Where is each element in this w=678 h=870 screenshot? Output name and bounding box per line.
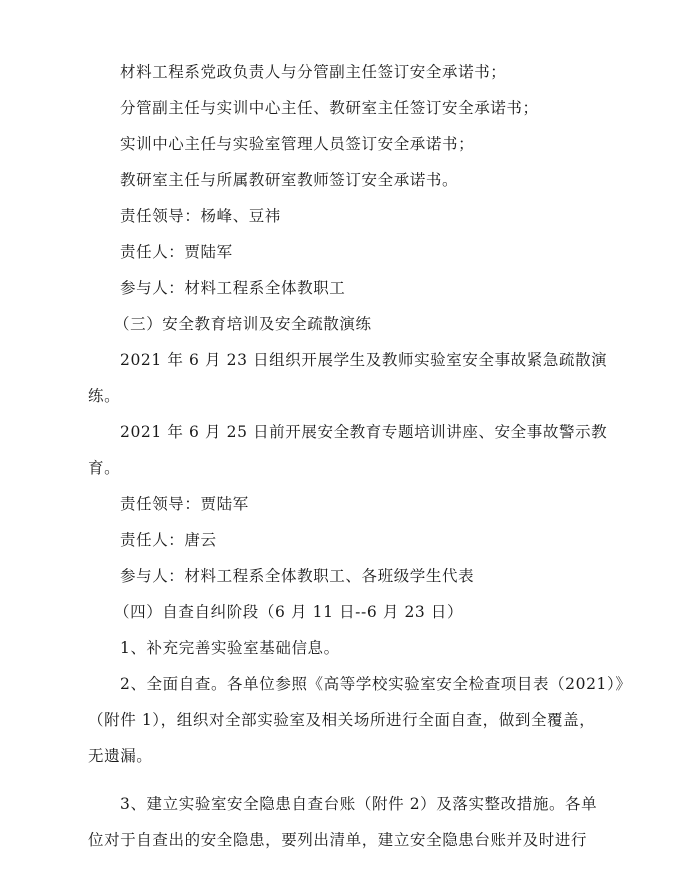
section-heading-3: （三）安全教育培训及安全疏散演练 (114, 314, 372, 334)
paragraph-line: 分管副主任与实训中心主任、教研室主任签订安全承诺书； (120, 98, 539, 118)
responsible-leader-line: 责任领导：贾陆军 (120, 494, 249, 514)
paragraph-line: 2021 年 6 月 25 日前开展安全教育专题培训讲座、安全事故警示教 (120, 422, 607, 442)
responsible-person-line: 责任人：唐云 (120, 530, 217, 550)
paragraph-line: 材料工程系党政负责人与分管副主任签订安全承诺书； (120, 62, 506, 82)
list-item-3: 3、建立实验室安全隐患自查台账（附件 2）及落实整改措施。各单 (120, 794, 597, 814)
paragraph-line: 练。 (88, 386, 120, 406)
paragraph-line: 无遗漏。 (88, 746, 152, 766)
paragraph-line: 位对于自查出的安全隐患，要列出清单，建立安全隐患台账并及时进行 (88, 830, 587, 850)
paragraph-line: （附件 1），组织对全部实验室及相关场所进行全面自查，做到全覆盖， (88, 710, 595, 730)
paragraph-line: 教研室主任与所属教研室教师签订安全承诺书。 (120, 170, 458, 190)
responsible-person-line: 责任人：贾陆军 (120, 242, 233, 262)
list-item-1: 1、补充完善实验室基础信息。 (120, 638, 340, 658)
paragraph-line: 2021 年 6 月 23 日组织开展学生及教师实验室安全事故紧急疏散演 (120, 350, 607, 370)
participants-line: 参与人：材料工程系全体教职工 (120, 278, 345, 298)
section-heading-4: （四）自查自纠阶段（6 月 11 日--6 月 23 日） (114, 602, 463, 622)
paragraph-line: 实训中心主任与实验室管理人员签订安全承诺书； (120, 134, 474, 154)
participants-line: 参与人：材料工程系全体教职工、各班级学生代表 (120, 566, 474, 586)
responsible-leader-line: 责任领导：杨峰、豆祎 (120, 206, 281, 226)
list-item-2: 2、全面自查。各单位参照《高等学校实验室安全检查项目表（2021）》 (120, 674, 631, 694)
document-page: 材料工程系党政负责人与分管副主任签订安全承诺书； 分管副主任与实训中心主任、教研… (0, 0, 678, 870)
paragraph-line: 育。 (88, 458, 120, 478)
